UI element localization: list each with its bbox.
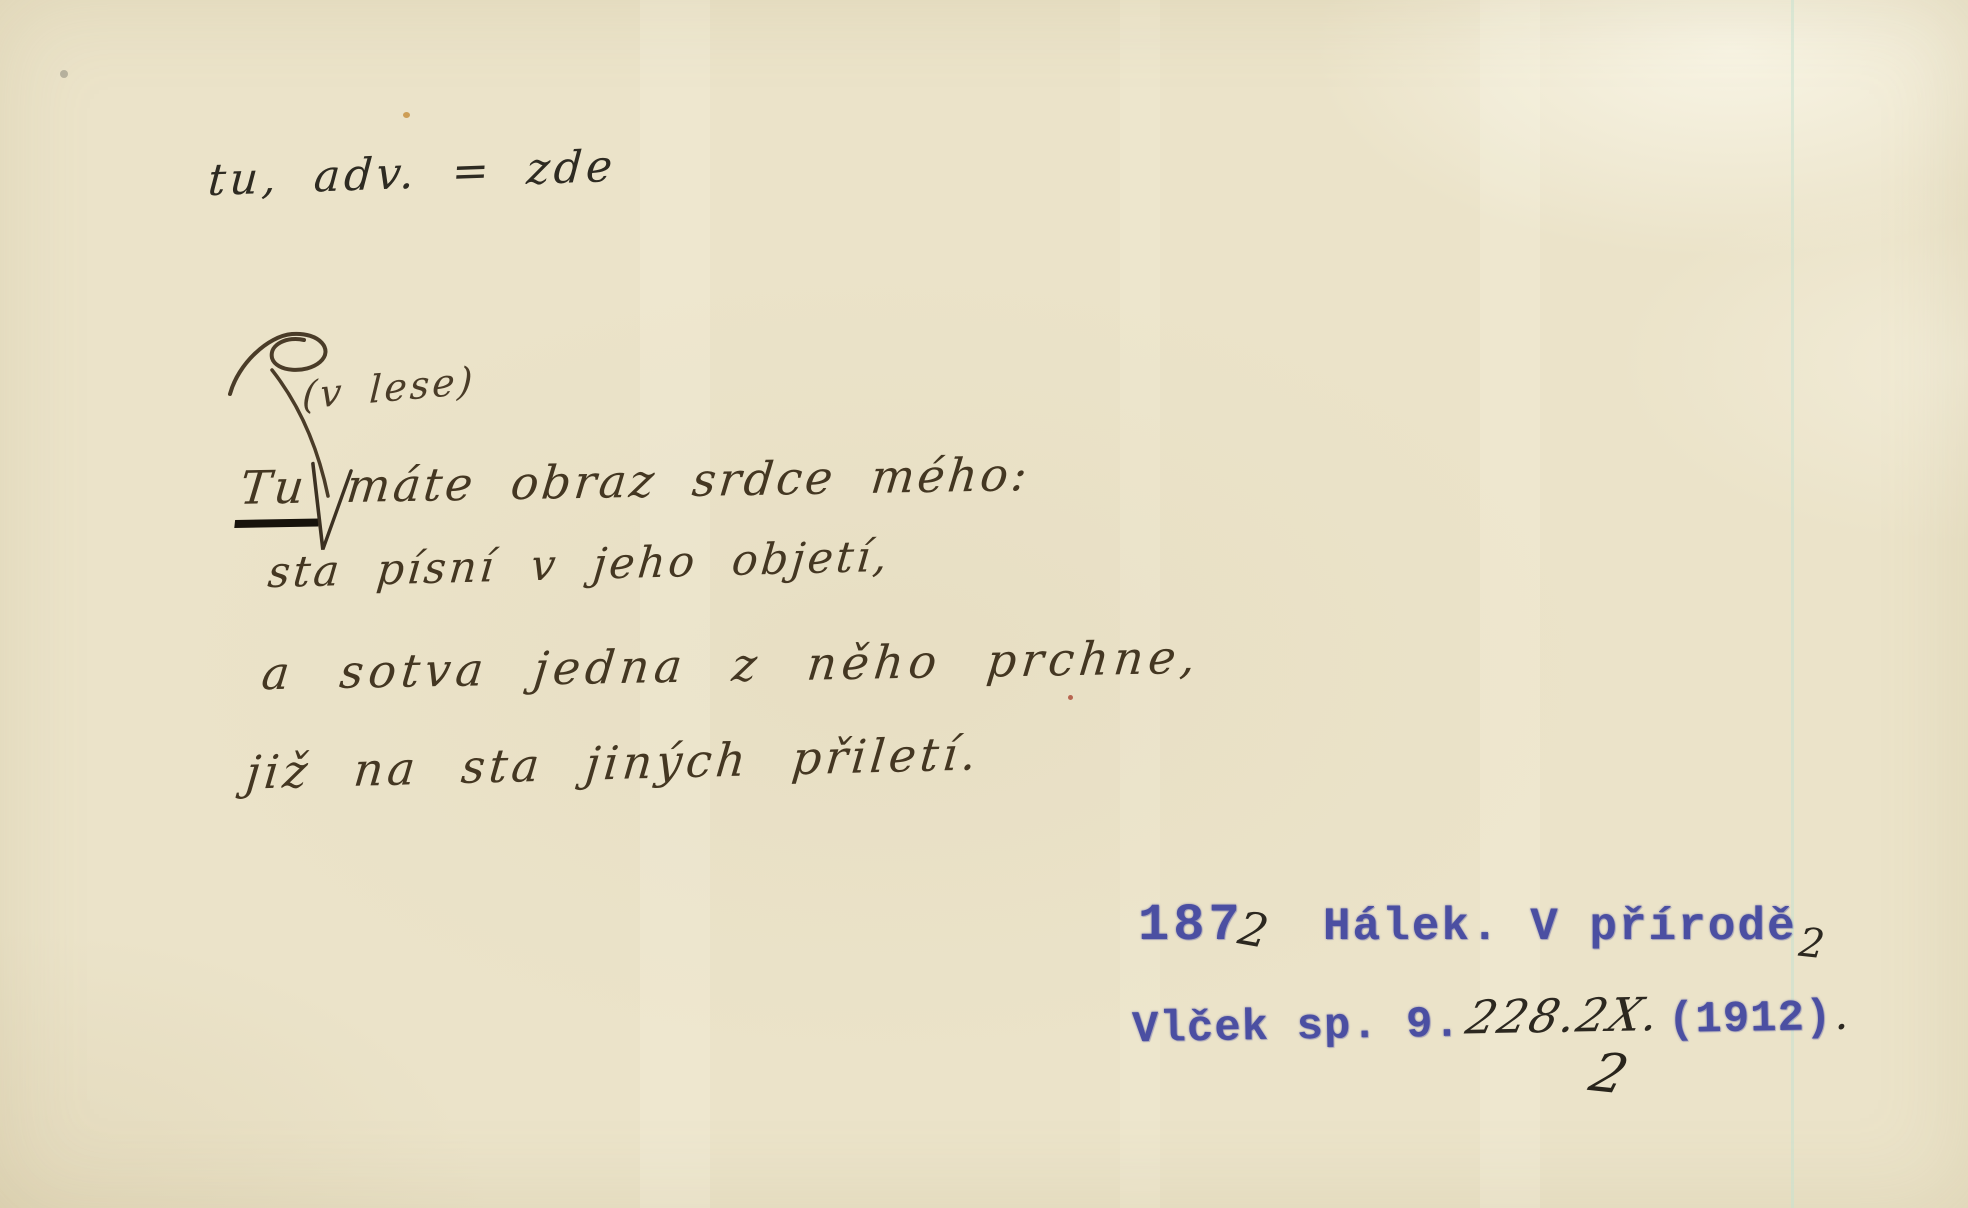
- paper-speck: [403, 112, 410, 118]
- insertion-note: (v lese): [301, 358, 476, 418]
- stamp-reference: Vlček sp. 9.: [1132, 1000, 1462, 1056]
- stamp-reference-year: (1912): [1668, 993, 1833, 1046]
- headword-line: tu, adv. = zde: [206, 141, 618, 206]
- paper-speck: [1068, 695, 1073, 700]
- verse-line-1: Tu máte obraz srdce mého:: [233, 429, 1035, 541]
- scanned-card: tu, adv. = zde (v lese) Tu máte obraz sr…: [0, 0, 1968, 1208]
- stamp-source-title: Hálek. V přírodě: [1323, 901, 1797, 953]
- insertion-caret-icon: [300, 457, 356, 556]
- verse-line-2: sta písní v jeho objetí,: [266, 532, 893, 598]
- verse-line-4: již na sta jiných přiletí.: [244, 726, 983, 799]
- stamp-citation-line-1: 1872Hálek. V přírodě2: [1138, 896, 1826, 955]
- verse-line-3: a sotva jedna z něho prchne,: [259, 630, 1203, 700]
- handwritten-page-number: 2: [1583, 1041, 1635, 1106]
- paper-streak: [640, 0, 710, 1208]
- stamp-reference-handwritten: 228.2X.: [1461, 987, 1667, 1045]
- stamp-title-superscript: 2: [1796, 920, 1828, 969]
- stamp-reference-period: .: [1834, 989, 1850, 1040]
- paper-speck: [60, 70, 68, 78]
- stamp-year: 187: [1138, 896, 1244, 955]
- verse-line-1-text: máte obraz srdce mého:: [344, 447, 1033, 513]
- stamp-citation-line-2: Vlček sp. 9.228.2X.(1912).: [1132, 986, 1850, 1056]
